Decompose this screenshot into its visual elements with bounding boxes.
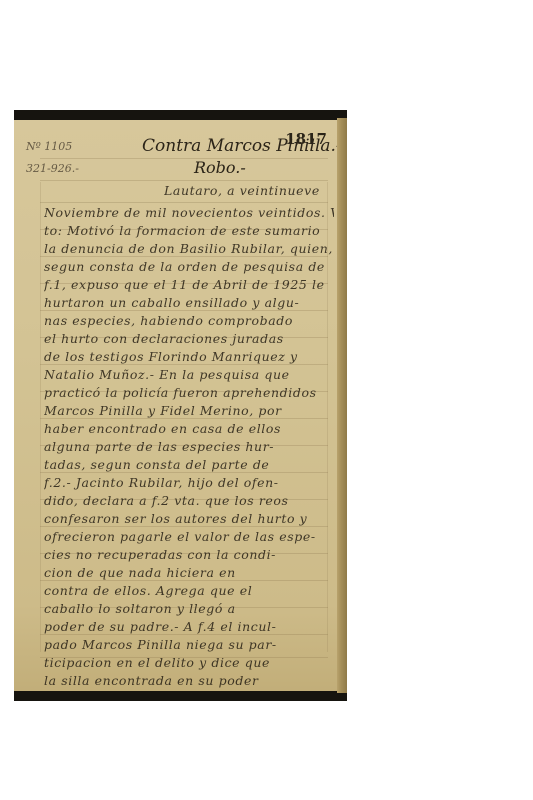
text-line: practicó la policía fueron aprehendidos bbox=[44, 384, 334, 402]
text-line: el hurto con declaraciones juradas bbox=[44, 330, 334, 348]
ledger-page: 1817 Nº 1105 321-926.- Contra Marcos Pin… bbox=[14, 120, 337, 691]
text-line: la denuncia de don Basilio Rubilar, quie… bbox=[44, 240, 334, 258]
text-line: dido, declara a f.2 vta. que los reos bbox=[44, 492, 334, 510]
text-line: hurtaron un caballo ensillado y algu- bbox=[44, 294, 334, 312]
text-line: Natalio Muñoz.- En la pesquisa que bbox=[44, 366, 334, 384]
text-line: alguna parte de las especies hur- bbox=[44, 438, 334, 456]
text-line: ticipacion en el delito y dice que bbox=[44, 654, 334, 672]
text-line: haber encontrado en casa de ellos bbox=[44, 420, 334, 438]
text-line: confesaron ser los autores del hurto y bbox=[44, 510, 334, 528]
text-line: la silla encontrada en su poder bbox=[44, 672, 334, 690]
text-line: tadas, segun consta del parte de bbox=[44, 456, 334, 474]
text-line: to: Motivó la formacion de este sumario bbox=[44, 222, 334, 240]
text-line: cion de que nada hiciera en bbox=[44, 564, 334, 582]
text-line: Lautaro, a veintinueve de bbox=[164, 182, 324, 200]
text-line: f.1, expuso que el 11 de Abril de 1925 l… bbox=[44, 276, 334, 294]
text-line: pado Marcos Pinilla niega su par- bbox=[44, 636, 334, 654]
margin-note-number: Nº 1105 bbox=[26, 140, 72, 153]
case-title: Contra Marcos Pinilla.- bbox=[142, 136, 342, 156]
case-subtitle: Robo.- bbox=[194, 158, 246, 177]
text-line: caballo lo soltaron y llegó a bbox=[44, 600, 334, 618]
text-line: cies no recuperadas con la condi- bbox=[44, 546, 334, 564]
text-line: Marcos Pinilla y Fidel Merino, por bbox=[44, 402, 334, 420]
text-line: ofrecieron pagarle el valor de las espe- bbox=[44, 528, 334, 546]
document-scan: 1817 Nº 1105 321-926.- Contra Marcos Pin… bbox=[14, 110, 347, 701]
text-line: segun consta de la orden de pesquisa de bbox=[44, 258, 334, 276]
text-line: de los testigos Florindo Manriquez y bbox=[44, 348, 334, 366]
margin-note-ref: 321-926.- bbox=[26, 162, 79, 175]
text-line: contra de ellos. Agrega que el bbox=[44, 582, 334, 600]
text-line: nas especies, habiendo comprobado bbox=[44, 312, 334, 330]
text-line: Noviembre de mil novecientos veintidos. … bbox=[44, 204, 334, 222]
text-line: poder de su padre.- A f.4 el incul- bbox=[44, 618, 334, 636]
text-line: f.2.- Jacinto Rubilar, hijo del ofen- bbox=[44, 474, 334, 492]
page-stack-edge bbox=[337, 118, 347, 693]
